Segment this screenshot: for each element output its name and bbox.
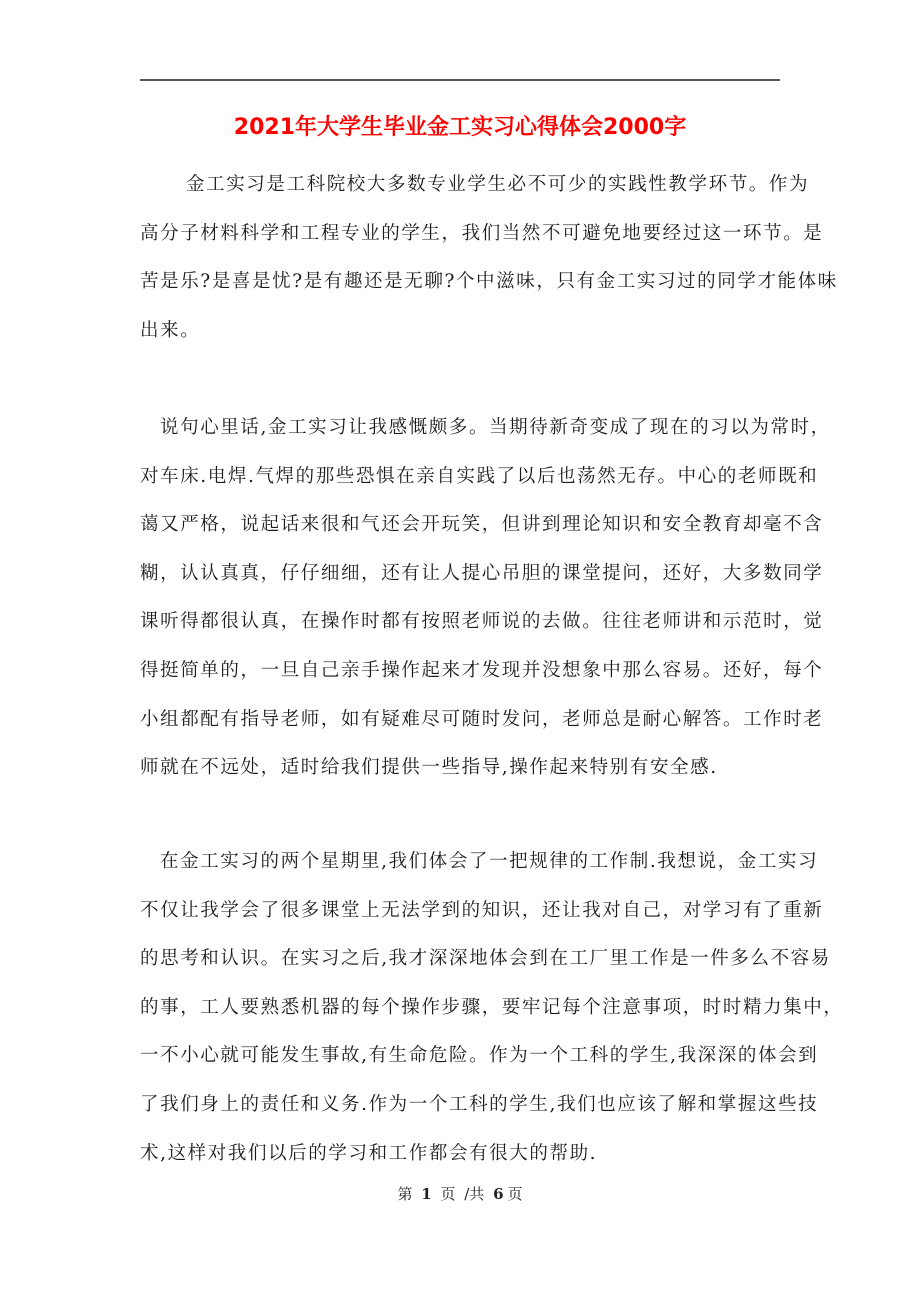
paragraph-line: 课听得都很认真，在操作时都有按照老师说的去做。往往老师讲和示范时，觉	[140, 598, 790, 647]
page-label: 页	[440, 1185, 455, 1203]
paragraph-line: 了我们身上的责任和义务.作为一个工科的学生,我们也应该了解和掌握这些技	[140, 1081, 790, 1130]
paragraph-2: 说句心里话,金工实习让我感慨颇多。当期待新奇变成了现在的习以为常时， 对车床.电…	[140, 404, 790, 793]
current-page-number: 1	[421, 1185, 431, 1203]
paragraph-line: 一不小心就可能发生事故,有生命危险。作为一个工科的学生,我深深的体会到	[140, 1032, 790, 1081]
paragraph-line: 术,这样对我们以后的学习和工作都会有很大的帮助.	[140, 1130, 790, 1179]
total-pages-number: 6	[493, 1185, 503, 1203]
paragraph-line: 糊，认认真真，仔仔细细，还有让人提心吊胆的课堂提问，还好，大多数同学	[140, 550, 790, 599]
paragraph-line: 高分子材料科学和工程专业的学生，我们当然不可避免地要经过这一环节。是	[140, 210, 790, 259]
page-footer: 第 1 页 /共 6页	[0, 1184, 920, 1204]
paragraph-line: 小组都配有指导老师，如有疑难尽可随时发问，老师总是耐心解答。工作时老	[140, 696, 790, 745]
paragraph-line: 师就在不远处，适时给我们提供一些指导,操作起来特别有安全感.	[140, 744, 790, 793]
paragraph-line: 苦是乐?是喜是忧?是有趣还是无聊?个中滋味，只有金工实习过的同学才能体味	[140, 258, 790, 307]
paragraph-1: 金工实习是工科院校大多数专业学生必不可少的实践性教学环节。作为 高分子材料科学和…	[140, 161, 790, 355]
paragraph-line: 说句心里话,金工实习让我感慨颇多。当期待新奇变成了现在的习以为常时，	[140, 404, 790, 453]
header-rule	[140, 79, 780, 81]
paragraph-line: 在金工实习的两个星期里,我们体会了一把规律的工作制.我想说，金工实习	[140, 838, 790, 887]
page-suffix: 页	[508, 1185, 523, 1203]
document-title: 2021年大学生毕业金工实习心得体会2000字	[0, 113, 920, 143]
paragraph-line: 金工实习是工科院校大多数专业学生必不可少的实践性教学环节。作为	[140, 161, 790, 210]
paragraph-line: 的思考和认识。在实习之后,我才深深地体会到在工厂里工作是一件多么不容易	[140, 935, 790, 984]
paragraph-line: 得挺简单的，一旦自己亲手操作起来才发现并没想象中那么容易。还好，每个	[140, 647, 790, 696]
paragraph-3: 在金工实习的两个星期里,我们体会了一把规律的工作制.我想说，金工实习 不仅让我学…	[140, 838, 790, 1178]
page-separator: /共	[464, 1185, 484, 1203]
paragraph-line: 对车床.电焊.气焊的那些恐惧在亲自实践了以后也荡然无存。中心的老师既和	[140, 453, 790, 502]
paragraph-line: 出来。	[140, 307, 790, 356]
paragraph-line: 不仅让我学会了很多课堂上无法学到的知识，还让我对自己，对学习有了重新	[140, 887, 790, 936]
paragraph-line: 的事，工人要熟悉机器的每个操作步骤，要牢记每个注意事项，时时精力集中，	[140, 984, 790, 1033]
page-prefix: 第	[397, 1185, 412, 1203]
paragraph-line: 蔼又严格，说起话来很和气还会开玩笑，但讲到理论知识和安全教育却毫不含	[140, 501, 790, 550]
